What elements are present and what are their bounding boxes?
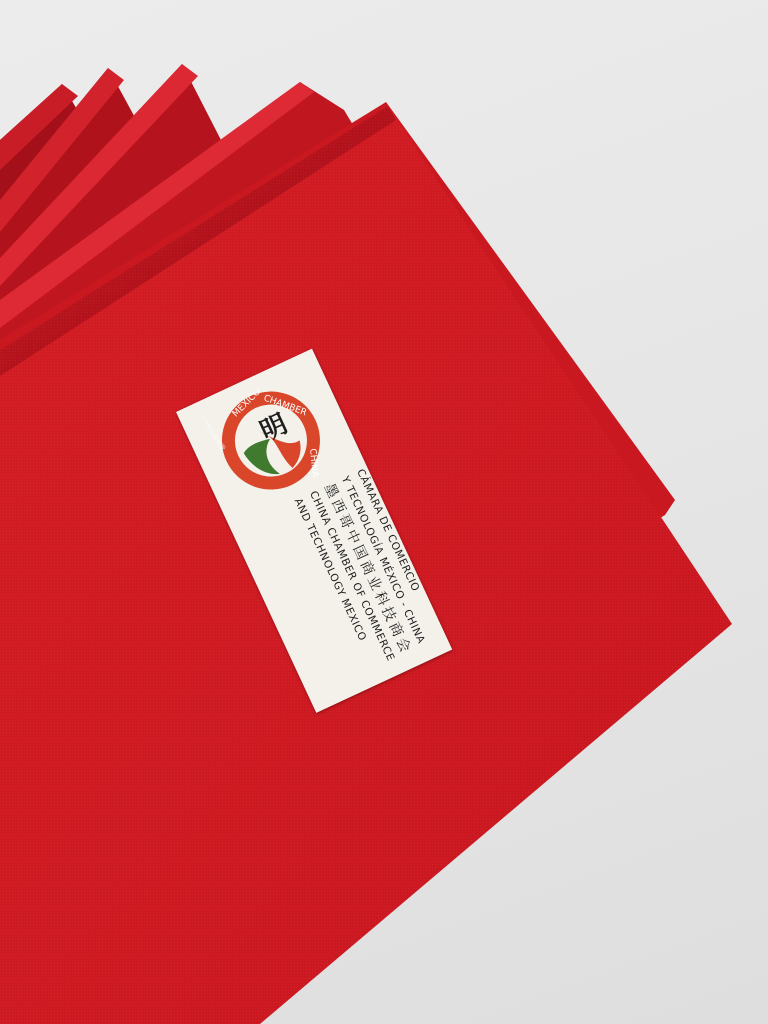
logo-ring-china: CHINA: [307, 448, 320, 478]
photo-scene: 明 MEXICO CHAMBER CHINA 墨西哥中国商会 CÁMARA DE…: [0, 0, 768, 1024]
